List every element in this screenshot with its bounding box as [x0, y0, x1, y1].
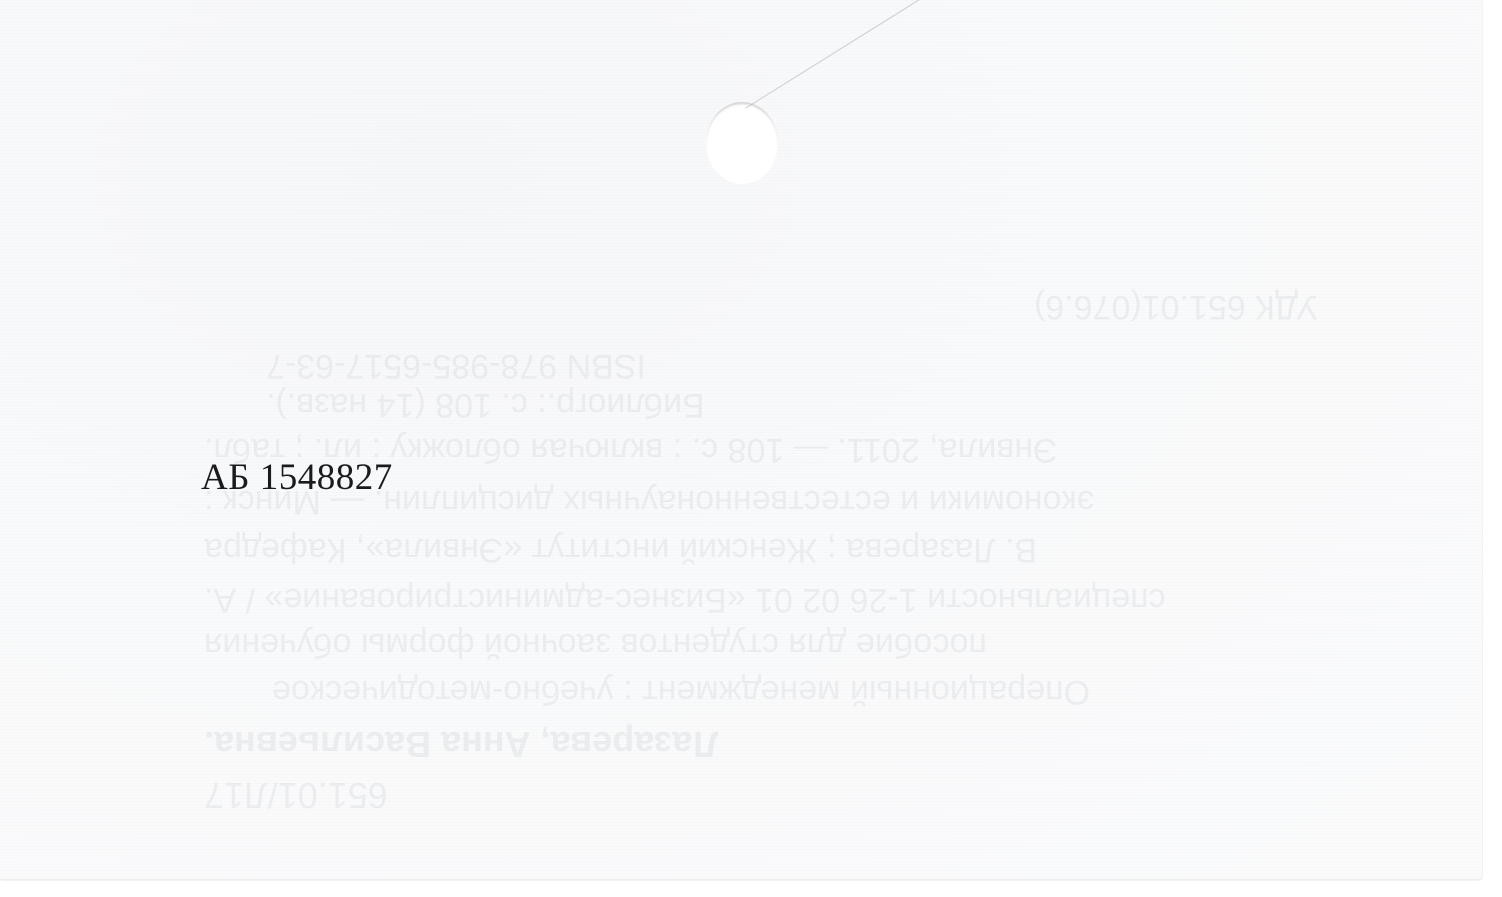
- show-through-description-line: Операционный менеджмент : учебно-методич…: [272, 672, 1090, 711]
- show-through-isbn: ISBN 978-985-6517-63-7: [266, 346, 646, 385]
- inventory-number: АБ 1548827: [201, 456, 393, 499]
- show-through-description-line: специальности 1-26 02 01 «Бизнес-админис…: [204, 580, 1166, 619]
- scanned-page: УДК 651.01(076.6) ISBN 978-985-6517-63-7…: [0, 0, 1502, 897]
- paper-crease-line: [745, 0, 975, 109]
- show-through-bibliography: Библиогр.: с. 108 (14 назв.).: [266, 385, 704, 424]
- show-through-description-line: В. Лазарева ; Женский институт «Энвила»,…: [204, 530, 1037, 569]
- show-through-description-line: пособие для студентов заочной формы обуч…: [204, 625, 987, 664]
- catalog-card: УДК 651.01(076.6) ISBN 978-985-6517-63-7…: [0, 0, 1482, 880]
- show-through-udk: УДК 651.01(076.6): [1034, 287, 1318, 326]
- show-through-author: Лазарева, Анна Васильевна.: [204, 723, 718, 765]
- show-through-shelf-mark: 651.01/Л17: [204, 774, 388, 816]
- punch-hole: [706, 102, 778, 184]
